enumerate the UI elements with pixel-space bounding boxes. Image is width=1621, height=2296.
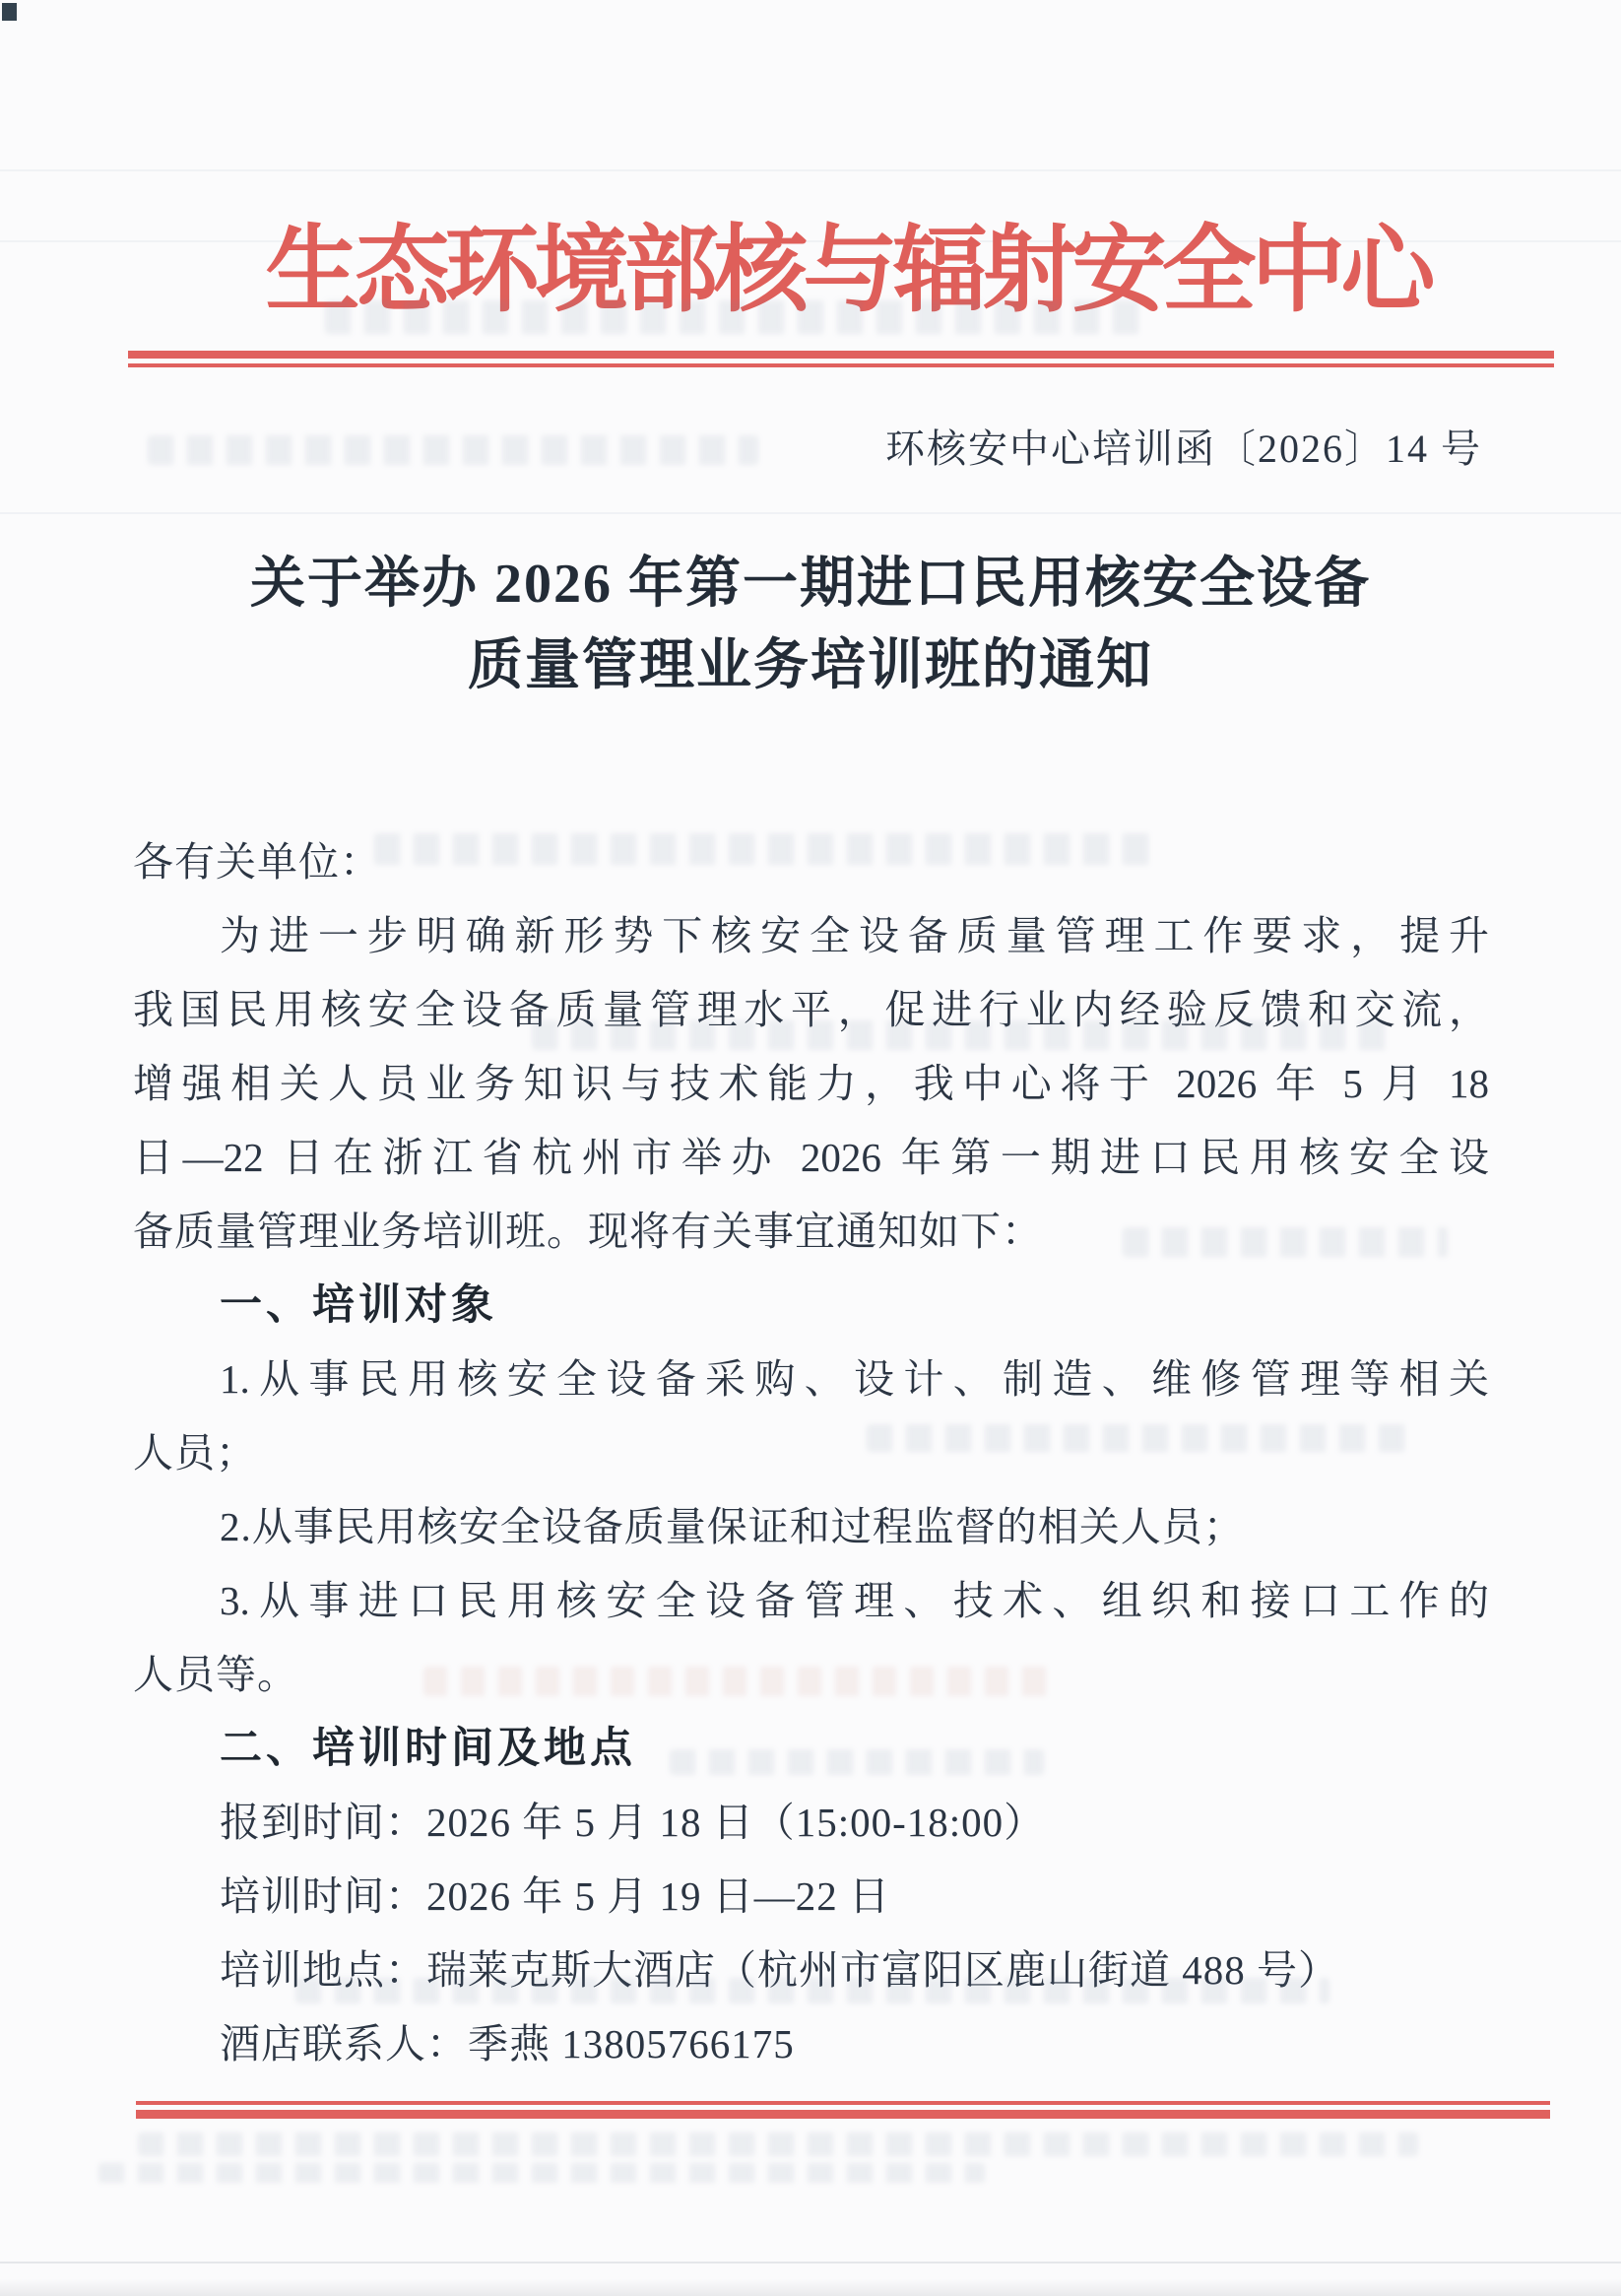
list-item: 1.从事民用核安全设备采购、设计、制造、维修管理等相关: [133, 1343, 1489, 1416]
document-body: 各有关单位： 为进一步明确新形势下核安全设备质量管理工作要求，提升 我国民用核安…: [133, 825, 1489, 2081]
scan-bottom-edge: [0, 2279, 1621, 2296]
document-title-line2: 质量管理业务培训班的通知: [0, 625, 1621, 707]
paragraph-line: 为进一步明确新形势下核安全设备质量管理工作要求，提升: [133, 899, 1489, 973]
paragraph-line: 日—22 日在浙江省杭州市举办 2026 年第一期进口民用核安全设: [133, 1121, 1489, 1195]
bleedthrough-artifact: [148, 435, 758, 465]
header-rule-thick: [128, 351, 1554, 359]
scan-corner-mark: [2, 3, 17, 21]
hotel-contact-line: 酒店联系人：季燕 13805766175: [133, 2007, 1489, 2081]
document-title-line1: 关于举办 2026 年第一期进口民用核安全设备: [0, 544, 1621, 625]
bleedthrough-artifact: [138, 2132, 1418, 2156]
list-item: 3.从事进口民用核安全设备管理、技术、组织和接口工作的: [133, 1564, 1489, 1638]
header-rule-thin: [128, 363, 1554, 367]
letterhead-title: 生态环境部核与辐射安全中心: [37, 195, 1621, 330]
list-item-continuation: 人员；: [133, 1416, 1489, 1490]
scan-band: [0, 2262, 1621, 2263]
list-item: 2.从事民用核安全设备质量保证和过程监督的相关人员；: [133, 1490, 1489, 1564]
venue-line: 培训地点：瑞莱克斯大酒店（杭州市富阳区鹿山街道 488 号）: [133, 1934, 1489, 2007]
salutation: 各有关单位：: [133, 825, 1489, 899]
checkin-time-line: 报到时间：2026 年 5 月 18 日（15:00-18:00）: [133, 1786, 1489, 1860]
section-heading-1: 一、培训对象: [133, 1269, 1489, 1343]
document-number: 环核安中心培训函〔2026〕14 号: [885, 418, 1482, 474]
footer-rule-thick: [136, 2110, 1550, 2119]
scanned-document-page: 生态环境部核与辐射安全中心 环核安中心培训函〔2026〕14 号 关于举办 20…: [0, 0, 1621, 2296]
paragraph-line: 增强相关人员业务知识与技术能力，我中心将于 2026 年 5 月 18: [133, 1047, 1489, 1121]
section-heading-2: 二、培训时间及地点: [133, 1712, 1489, 1786]
document-title: 关于举办 2026 年第一期进口民用核安全设备 质量管理业务培训班的通知: [0, 544, 1621, 707]
training-time-line: 培训时间：2026 年 5 月 19 日—22 日: [133, 1860, 1489, 1934]
bleedthrough-artifact: [98, 2163, 985, 2183]
footer-rule-thin: [136, 2101, 1550, 2105]
list-item-continuation: 人员等。: [133, 1638, 1489, 1712]
scan-band: [0, 512, 1621, 514]
paragraph-line: 备质量管理业务培训班。现将有关事宜通知如下：: [133, 1195, 1489, 1269]
scan-band: [0, 169, 1621, 171]
paragraph-line: 我国民用核安全设备质量管理水平，促进行业内经验反馈和交流，: [133, 973, 1489, 1047]
